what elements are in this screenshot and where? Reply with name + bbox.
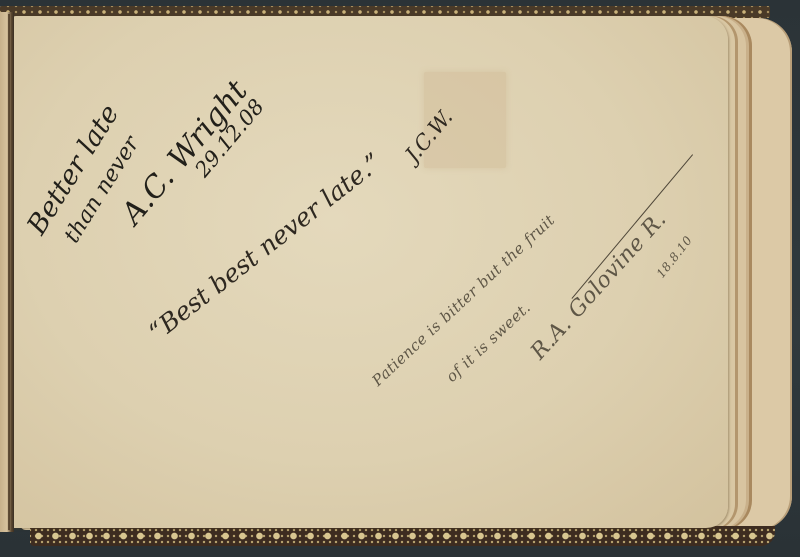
spine-crease: [8, 14, 10, 530]
gilt-border-bottom: [30, 526, 775, 546]
book-spine: [0, 12, 14, 532]
album-photo: Better late than never A.C. Wright 29.12…: [0, 0, 800, 557]
